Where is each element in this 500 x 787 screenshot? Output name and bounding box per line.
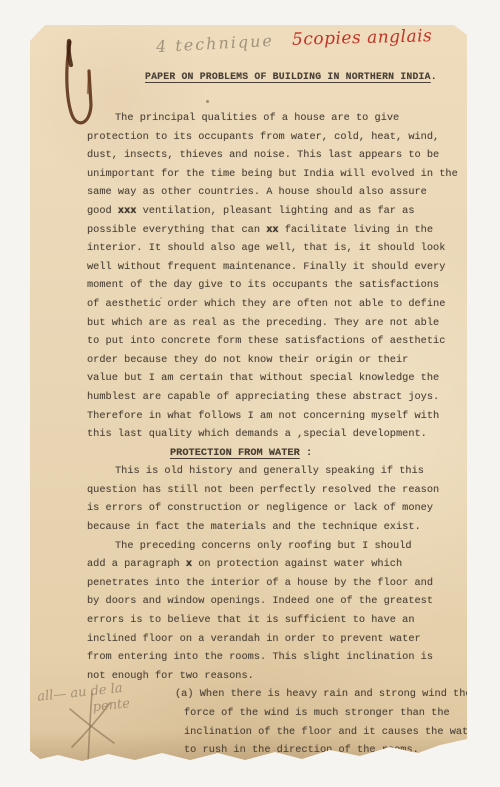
typed-line: to put into concrete form these satisfac… [87, 332, 465, 351]
pencil-annotation-top: 4 technique [156, 31, 275, 56]
typed-line: inclination of the floor and it causes t… [184, 723, 465, 742]
document-title-period: . [431, 71, 437, 82]
typed-line: protection to its occupants from water, … [87, 128, 465, 147]
typed-line: this last quality which demands a ,speci… [87, 425, 465, 444]
typed-line: The preceding concerns only roofing but … [115, 537, 465, 556]
typed-line: to rush in the direction of the rooms. [184, 741, 465, 760]
typed-body: The principal qualities of a house are t… [87, 109, 465, 760]
typed-line: well without frequent maintenance. Final… [87, 258, 465, 277]
typed-line: penetrates into the interior of a house … [87, 574, 465, 593]
typed-line: unimportant for the time being but India… [87, 165, 465, 184]
paper-speck [160, 297, 162, 299]
typed-line: (a) When there is heavy rain and strong … [175, 685, 465, 704]
typed-line: from entering into the rooms. This sligh… [87, 648, 465, 667]
pencil-cross-sketch [58, 687, 138, 787]
paper-speck [206, 100, 209, 103]
document-page: 4 technique 5copies anglais PAPER ON PRO… [30, 25, 467, 761]
typed-line: not enough for two reasons. [87, 667, 465, 686]
typed-line: interior. It should also age well, that … [87, 239, 465, 258]
typed-line: errors is to believe that it is sufficie… [87, 611, 465, 630]
scan-background: 4 technique 5copies anglais PAPER ON PRO… [0, 0, 500, 787]
typed-line: inclined floor on a verandah in order to… [87, 630, 465, 649]
section-heading: PROTECTION FROM WATER : [170, 444, 465, 463]
typed-line: question has still not been perfectly re… [87, 481, 465, 500]
typed-line: of aesthetic order which they are often … [87, 295, 465, 314]
document-title: PAPER ON PROBLEMS OF BUILDING IN NORTHER… [145, 71, 437, 82]
typed-line: moment of the day give to its occupants … [87, 276, 465, 295]
typed-line: order because they do not know their ori… [87, 351, 465, 370]
typed-line: same way as other countries. A house sho… [87, 183, 465, 202]
typed-line: This is old history and generally speaki… [115, 462, 465, 481]
typed-line: is errors of construction or negligence … [87, 499, 465, 518]
document-title-text: PAPER ON PROBLEMS OF BUILDING IN NORTHER… [145, 71, 431, 82]
typed-line: dust, insects, thieves and noise. This l… [87, 146, 465, 165]
typed-line: The principal qualities of a house are t… [115, 109, 465, 128]
typed-line: good xxx ventilation, pleasant lighting … [87, 202, 465, 221]
typed-line: but which are as real as the preceding. … [87, 314, 465, 333]
typed-line: add a paragraph x on protection against … [87, 555, 465, 574]
typed-line: value but I am certain that without spec… [87, 369, 465, 388]
typed-line: force of the wind is much stronger than … [184, 704, 465, 723]
typed-line: because in fact the materials and the te… [87, 518, 465, 537]
typed-line: by doors and window openings. Indeed one… [87, 592, 465, 611]
typed-line: humblest are capable of appreciating the… [87, 388, 465, 407]
red-ink-annotation: 5copies anglais [292, 26, 433, 50]
typed-line: Therefore in what follows I am not conce… [87, 407, 465, 426]
typed-line: possible everything that can xx facilita… [87, 221, 465, 240]
